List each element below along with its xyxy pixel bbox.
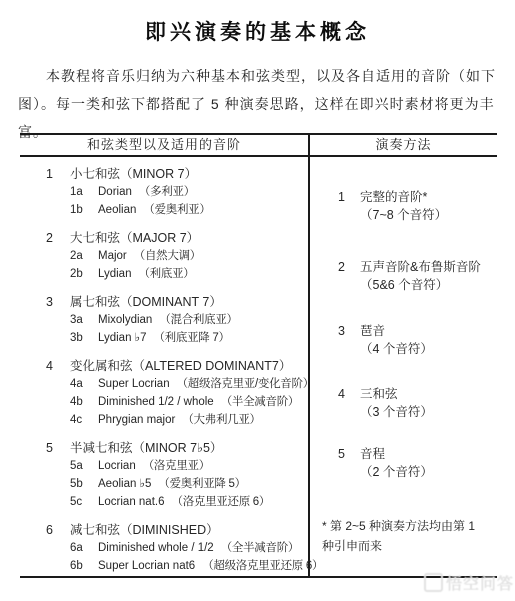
method-title: 3 琶音 bbox=[338, 322, 433, 340]
scale-code: 3a bbox=[70, 311, 98, 329]
method-note-count: （2 个音符） bbox=[338, 463, 433, 481]
method-item-pentatonic-blues: 2 五声音阶&布鲁斯音阶 （5&6 个音符） bbox=[338, 258, 481, 294]
chord-group-title: 2 大七和弦（MAJOR 7） bbox=[46, 229, 308, 247]
scale-name-chinese: （超级洛克里亚还原 6） bbox=[202, 557, 323, 575]
method-number: 1 bbox=[338, 188, 360, 206]
watermark: 悟空问答 bbox=[424, 571, 514, 594]
scale-name-chinese: （超级洛克里亚/变化音阶） bbox=[177, 375, 314, 393]
scale-name-chinese: （自然大调） bbox=[134, 247, 201, 265]
method-item-interval: 5 音程 （2 个音符） bbox=[338, 445, 433, 481]
chord-group-title: 6 减七和弦（DIMINISHED） bbox=[46, 521, 308, 539]
scale-name-chinese: （利底亚） bbox=[138, 265, 194, 283]
scale-code: 1a bbox=[70, 183, 98, 201]
chord-group-altered-dominant7: 4 变化属和弦（ALTERED DOMINANT7） 4a Super Locr… bbox=[46, 357, 308, 429]
scale-name: Super Locrian bbox=[98, 375, 170, 393]
footnote: * 第 2~5 种演奏方法均由第 1 种引申而来 bbox=[322, 516, 490, 556]
scale-item: 5a Locrian （洛克里亚） bbox=[46, 457, 308, 475]
scale-code: 4c bbox=[70, 411, 98, 429]
chord-group-major7: 2 大七和弦（MAJOR 7） 2a Major （自然大调） 2b Lydia… bbox=[46, 229, 308, 283]
column-header-chord-types: 和弦类型以及适用的音阶 bbox=[20, 135, 310, 155]
chord-group-number: 3 bbox=[46, 293, 70, 311]
scale-code: 1b bbox=[70, 201, 98, 219]
chord-group-diminished: 6 减七和弦（DIMINISHED） 6a Diminished whole /… bbox=[46, 521, 308, 575]
scale-item: 3a Mixolydian （混合利底亚） bbox=[46, 311, 308, 329]
scale-item: 2b Lydian （利底亚） bbox=[46, 265, 308, 283]
chord-group-title: 3 属七和弦（DOMINANT 7） bbox=[46, 293, 308, 311]
scale-item: 1b Aeolian （爱奥利亚） bbox=[46, 201, 308, 219]
table-body: 1 小七和弦（MINOR 7） 1a Dorian （多利亚） 1b Aeoli… bbox=[20, 157, 497, 576]
method-note-count: （7~8 个音符） bbox=[338, 206, 447, 224]
document-page: 即兴演奏的基本概念 本教程将音乐归纳为六种基本和弦类型，以及各自适用的音阶（如下… bbox=[0, 0, 515, 601]
chord-group-name: 变化属和弦（ALTERED DOMINANT7） bbox=[70, 357, 291, 375]
chord-group-name: 半减七和弦（MINOR 7♭5） bbox=[70, 439, 222, 457]
chord-group-name: 属七和弦（DOMINANT 7） bbox=[70, 293, 222, 311]
scale-name-chinese: （全半减音阶） bbox=[221, 539, 299, 557]
scale-item: 2a Major （自然大调） bbox=[46, 247, 308, 265]
method-item-arpeggio: 3 琶音 （4 个音符） bbox=[338, 322, 433, 358]
scale-name: Super Locrian nat6 bbox=[98, 557, 195, 575]
chord-types-column: 1 小七和弦（MINOR 7） 1a Dorian （多利亚） 1b Aeoli… bbox=[20, 157, 310, 576]
scale-item: 1a Dorian （多利亚） bbox=[46, 183, 308, 201]
chord-group-name: 减七和弦（DIMINISHED） bbox=[70, 521, 219, 539]
method-name: 琶音 bbox=[360, 322, 385, 340]
scale-code: 4b bbox=[70, 393, 98, 411]
scale-item: 5c Locrian nat.6 （洛克里亚还原 6） bbox=[46, 493, 308, 511]
scale-item: 6b Super Locrian nat6 （超级洛克里亚还原 6） bbox=[46, 557, 308, 575]
scale-item: 3b Lydian ♭7 （利底亚降 7） bbox=[46, 329, 308, 347]
method-number: 3 bbox=[338, 322, 360, 340]
method-note-count: （3 个音符） bbox=[338, 403, 433, 421]
method-item-full-scale: 1 完整的音阶* （7~8 个音符） bbox=[338, 188, 447, 224]
scale-code: 2b bbox=[70, 265, 98, 283]
chord-group-name: 小七和弦（MINOR 7） bbox=[70, 165, 197, 183]
scale-code: 5b bbox=[70, 475, 98, 493]
method-number: 4 bbox=[338, 385, 360, 403]
scale-name-chinese: （爱奥利亚降 5） bbox=[158, 475, 245, 493]
chord-group-number: 4 bbox=[46, 357, 70, 375]
scale-name: Lydian bbox=[98, 265, 131, 283]
method-name: 五声音阶&布鲁斯音阶 bbox=[360, 258, 481, 276]
chord-group-number: 1 bbox=[46, 165, 70, 183]
scale-name-chinese: （洛克里亚） bbox=[143, 457, 210, 475]
scale-name: Locrian bbox=[98, 457, 136, 475]
scale-code: 6b bbox=[70, 557, 98, 575]
method-number: 5 bbox=[338, 445, 360, 463]
method-title: 4 三和弦 bbox=[338, 385, 433, 403]
scale-item: 5b Aeolian ♭5 （爱奥利亚降 5） bbox=[46, 475, 308, 493]
scale-name: Diminished whole / 1/2 bbox=[98, 539, 214, 557]
chord-group-title: 5 半减七和弦（MINOR 7♭5） bbox=[46, 439, 308, 457]
page-title: 即兴演奏的基本概念 bbox=[0, 16, 515, 46]
chord-group-minor7b5: 5 半减七和弦（MINOR 7♭5） 5a Locrian （洛克里亚） 5b … bbox=[46, 439, 308, 511]
scale-code: 5a bbox=[70, 457, 98, 475]
scale-name: Major bbox=[98, 247, 127, 265]
scale-name-chinese: （大弗利几亚） bbox=[182, 411, 260, 429]
scale-name-chinese: （混合利底亚） bbox=[159, 311, 237, 329]
chord-group-name: 大七和弦（MAJOR 7） bbox=[70, 229, 199, 247]
scale-code: 2a bbox=[70, 247, 98, 265]
scale-name: Mixolydian bbox=[98, 311, 152, 329]
chord-group-number: 5 bbox=[46, 439, 70, 457]
scale-name: Phrygian major bbox=[98, 411, 175, 429]
play-methods-column: 1 完整的音阶* （7~8 个音符） 2 五声音阶&布鲁斯音阶 （5&6 个音符… bbox=[310, 157, 497, 576]
scale-name-chinese: （利底亚降 7） bbox=[153, 329, 229, 347]
method-note-count: （5&6 个音符） bbox=[338, 276, 481, 294]
method-number: 2 bbox=[338, 258, 360, 276]
scale-code: 4a bbox=[70, 375, 98, 393]
watermark-text: 悟空问答 bbox=[446, 571, 514, 594]
scale-item: 6a Diminished whole / 1/2 （全半减音阶） bbox=[46, 539, 308, 557]
method-title: 1 完整的音阶* bbox=[338, 188, 447, 206]
scale-name: Aeolian ♭5 bbox=[98, 475, 151, 493]
scale-name-chinese: （半全减音阶） bbox=[221, 393, 299, 411]
chord-group-number: 6 bbox=[46, 521, 70, 539]
scale-name-chinese: （多利亚） bbox=[139, 183, 195, 201]
scale-name: Aeolian bbox=[98, 201, 136, 219]
scale-name: Lydian ♭7 bbox=[98, 329, 146, 347]
scale-name-chinese: （洛克里亚还原 6） bbox=[172, 493, 271, 511]
scale-name: Locrian nat.6 bbox=[98, 493, 165, 511]
scale-code: 5c bbox=[70, 493, 98, 511]
scale-code: 6a bbox=[70, 539, 98, 557]
column-header-play-methods: 演奏方法 bbox=[310, 135, 497, 155]
method-name: 三和弦 bbox=[360, 385, 398, 403]
method-title: 5 音程 bbox=[338, 445, 433, 463]
scale-name: Diminished 1/2 / whole bbox=[98, 393, 214, 411]
chord-group-number: 2 bbox=[46, 229, 70, 247]
scale-name-chinese: （爱奥利亚） bbox=[143, 201, 210, 219]
scale-code: 3b bbox=[70, 329, 98, 347]
method-name: 音程 bbox=[360, 445, 385, 463]
scale-item: 4a Super Locrian （超级洛克里亚/变化音阶） bbox=[46, 375, 308, 393]
scale-name: Dorian bbox=[98, 183, 132, 201]
method-title: 2 五声音阶&布鲁斯音阶 bbox=[338, 258, 481, 276]
chord-group-dominant7: 3 属七和弦（DOMINANT 7） 3a Mixolydian （混合利底亚）… bbox=[46, 293, 308, 347]
chord-group-title: 1 小七和弦（MINOR 7） bbox=[46, 165, 308, 183]
chord-group-minor7: 1 小七和弦（MINOR 7） 1a Dorian （多利亚） 1b Aeoli… bbox=[46, 165, 308, 219]
method-name: 完整的音阶* bbox=[360, 188, 427, 206]
table-header-row: 和弦类型以及适用的音阶 演奏方法 bbox=[20, 135, 497, 157]
scale-item: 4b Diminished 1/2 / whole （半全减音阶） bbox=[46, 393, 308, 411]
watermark-logo-icon bbox=[424, 573, 443, 592]
chord-group-title: 4 变化属和弦（ALTERED DOMINANT7） bbox=[46, 357, 308, 375]
chord-scale-table: 和弦类型以及适用的音阶 演奏方法 1 小七和弦（MINOR 7） 1a Dori… bbox=[20, 133, 497, 578]
scale-item: 4c Phrygian major （大弗利几亚） bbox=[46, 411, 308, 429]
method-note-count: （4 个音符） bbox=[338, 340, 433, 358]
method-item-triad: 4 三和弦 （3 个音符） bbox=[338, 385, 433, 421]
